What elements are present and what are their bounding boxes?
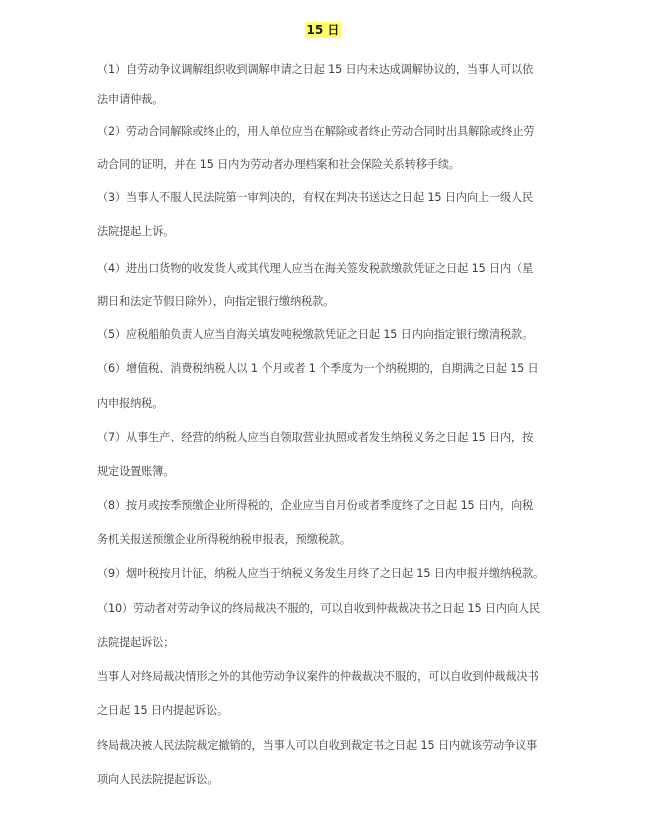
document-page: 15 日 （1）自劳动争议调解组织收到调解申请之日起 15 日内未达成调解协议的…: [0, 0, 646, 813]
paragraph-3-line-1: （3）当事人不服人民法院第一审判决的，有权在判决书送达之日起 15 日内向上一级…: [97, 190, 557, 206]
paragraph-7-line-2: 规定设置账簿。: [97, 464, 557, 480]
paragraph-11-line-1: 当事人对终局裁决情形之外的其他劳动争议案件的仲裁裁决不服的，可以自收到仲裁裁决书: [97, 669, 557, 685]
paragraph-1-line-1: （1）自劳动争议调解组织收到调解申请之日起 15 日内未达成调解协议的，当事人可…: [97, 62, 557, 78]
paragraph-10-line-1: （10）劳动者对劳动争议的终局裁决不服的，可以自收到仲裁裁决书之日起 15 日内…: [97, 601, 557, 617]
paragraph-2-line-1: （2）劳动合同解除或终止的，用人单位应当在解除或者终止劳动合同时出具解除或终止劳: [97, 124, 557, 140]
paragraph-9-line-1: （9）烟叶税按月计征，纳税人应当于纳税义务发生月终了之日起 15 日内申报并缴纳…: [97, 566, 557, 582]
paragraph-10-line-2: 法院提起诉讼；: [97, 635, 557, 651]
paragraph-8-line-2: 务机关报送预缴企业所得税纳税申报表，预缴税款。: [97, 532, 557, 548]
paragraph-12-line-2: 项向人民法院提起诉讼。: [97, 772, 557, 788]
title-highlight: 15 日: [305, 22, 342, 38]
paragraph-3-line-2: 法院提起上诉。: [97, 224, 557, 240]
paragraph-8-line-1: （8）按月或按季预缴企业所得税的，企业应当自月份或者季度终了之日起 15 日内，…: [97, 498, 557, 514]
paragraph-4-line-2: 期日和法定节假日除外），向指定银行缴纳税款。: [97, 294, 557, 310]
paragraph-5-line-1: （5）应税船舶负责人应当自海关填发吨税缴款凭证之日起 15 日内向指定银行缴清税…: [97, 327, 557, 343]
document-title: 15 日: [0, 22, 646, 38]
paragraph-6-line-1: （6）增值税、消费税纳税人以 1 个月或者 1 个季度为一个纳税期的，自期满之日…: [97, 361, 557, 377]
paragraph-12-line-1: 终局裁决被人民法院裁定撤销的，当事人可以自收到裁定书之日起 15 日内就该劳动争…: [97, 738, 557, 754]
paragraph-2-line-2: 动合同的证明，并在 15 日内为劳动者办理档案和社会保险关系转移手续。: [97, 157, 557, 173]
paragraph-1-line-2: 法申请仲裁。: [97, 92, 557, 108]
paragraph-11-line-2: 之日起 15 日内提起诉讼。: [97, 703, 557, 719]
paragraph-6-line-2: 内申报纳税。: [97, 396, 557, 412]
paragraph-4-line-1: （4）进出口货物的收发货人或其代理人应当在海关签发税款缴款凭证之日起 15 日内…: [97, 261, 557, 277]
paragraph-7-line-1: （7）从事生产、经营的纳税人应当自领取营业执照或者发生纳税义务之日起 15 日内…: [97, 430, 557, 446]
